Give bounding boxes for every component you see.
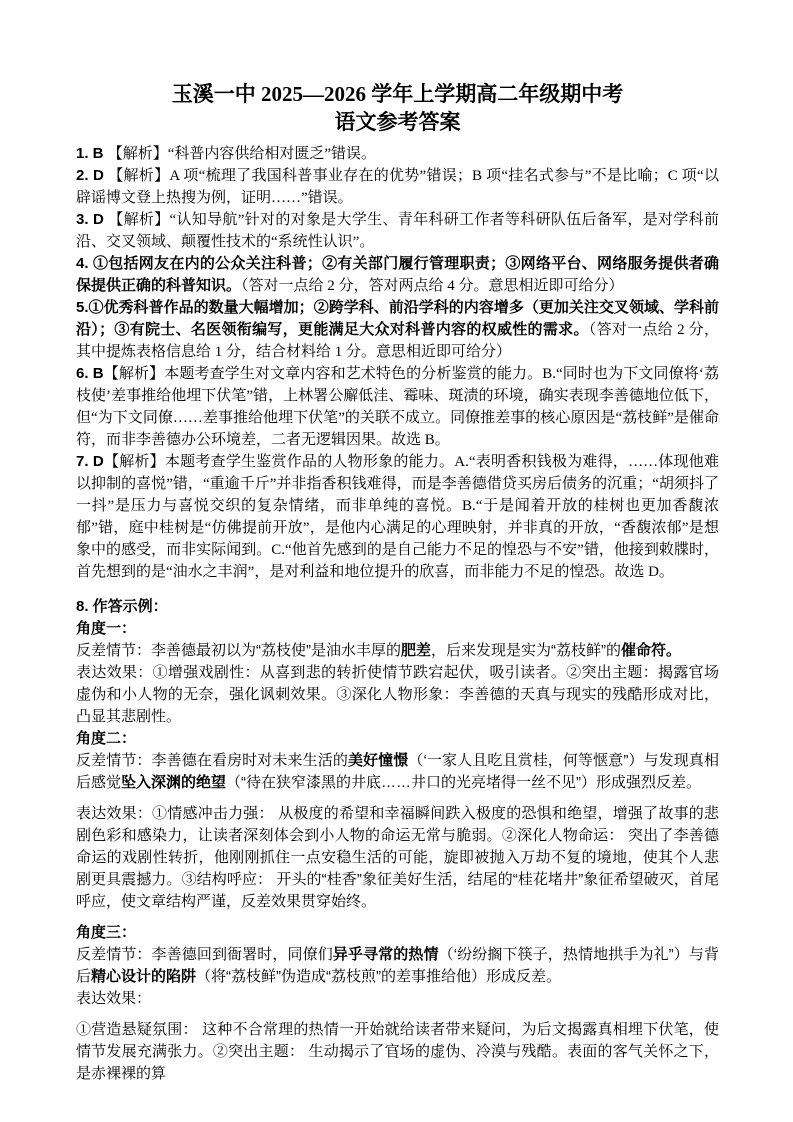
text-segment: 反差情节：李善德在看房时对未来生活的 bbox=[76, 752, 348, 769]
text-segment: 反差情节：李善德最初以为“荔枝使”是油水丰厚的 bbox=[76, 642, 401, 659]
text-segment: ，后来发现是实为“荔枝鲜”的 bbox=[431, 642, 621, 659]
emphasis-text: 角度一： bbox=[76, 620, 136, 637]
text-segment: （答对一点给 2 分，答对两点给 4 分。意思相近即可给分） bbox=[241, 278, 624, 294]
emphasis-text: 肥差 bbox=[401, 642, 431, 659]
paragraph: 6. B【解析】本题考查学生对文章内容和艺术特色的分析鉴赏的能力。B.“同时也为… bbox=[76, 363, 719, 451]
paragraph: 3. D 【解析】“认知导航”针对的对象是大学生、青年科研工作者等科研队伍后备军… bbox=[76, 209, 719, 253]
emphasis-text: 2. D bbox=[76, 167, 108, 184]
page-number: 1 bbox=[0, 1046, 793, 1062]
emphasis-text: 1. B bbox=[76, 145, 108, 162]
paragraph: 角度一： bbox=[76, 618, 719, 640]
text-segment: 表达效果：①增强戏剧性：从喜到悲的转折使情节跌宕起伏，吸引读者。②突出主题：揭露… bbox=[76, 664, 719, 725]
text-segment: 【解析】A 项“梳理了我国科普事业存在的优势”错误；B 项“挂名式参与”不是比喻… bbox=[76, 168, 719, 206]
emphasis-text: 6. B bbox=[76, 365, 104, 382]
paragraph: 8. 作答示例： bbox=[76, 596, 719, 618]
paragraph: 反差情节：李善德在看房时对未来生活的美好憧憬（‘一家人且吃且赏桂，何等惬意”）与… bbox=[76, 750, 719, 794]
emphasis-text: 美好憧憬 bbox=[348, 752, 408, 769]
paragraph: 4. ①包括网友在内的公众关注科普；②有关部门履行管理职责；③网络平台、网络服务… bbox=[76, 253, 719, 297]
emphasis-text: 3. D bbox=[76, 211, 108, 228]
document-page: 玉溪一中 2025—2026 学年上学期高二年级期中考 语文参考答案 1. B … bbox=[0, 0, 793, 1085]
answer-key-body: 1. B 【解析】“科普内容供给相对匮乏”错误。2. D 【解析】A 项“梳理了… bbox=[76, 143, 719, 1085]
text-segment: 【解析】本题考查学生鉴赏作品的人物形象的能力。A.“表明香积钱极为难得，……体现… bbox=[76, 454, 719, 580]
paragraph: 表达效果： bbox=[76, 988, 719, 1010]
paragraph: 角度二： bbox=[76, 728, 719, 750]
emphasis-text: 催命符。 bbox=[621, 642, 681, 659]
emphasis-text: 异乎寻常的热情 bbox=[333, 946, 439, 963]
emphasis-text: 8. 作答示例： bbox=[76, 598, 168, 615]
paragraph: 1. B 【解析】“科普内容供给相对匮乏”错误。 bbox=[76, 143, 719, 165]
emphasis-text: 坠入深渊的绝望 bbox=[121, 774, 226, 791]
text-segment: 【解析】“认知导航”针对的对象是大学生、青年科研工作者等科研队伍后备军，是对学科… bbox=[76, 212, 719, 250]
paragraph: 表达效果：①增强戏剧性：从喜到悲的转折使情节跌宕起伏，吸引读者。②突出主题：揭露… bbox=[76, 662, 719, 728]
text-segment: （“待在狭窄漆黑的井底……井口的光亮堵得一丝不见”）形成强烈反差。 bbox=[226, 774, 701, 791]
text-segment: （将“荔枝鲜”伪造成“荔枝煎”的差事推给他）形成反差。 bbox=[196, 968, 561, 985]
paragraph: 表达效果：①情感冲击力强： 从极度的希望和幸福瞬间跌入极度的恐惧和绝望，增强了故… bbox=[76, 803, 719, 913]
text-segment: 反差情节：李善德回到衙署时，同僚们 bbox=[76, 946, 333, 963]
paragraph: 2. D 【解析】A 项“梳理了我国科普事业存在的优势”错误；B 项“挂名式参与… bbox=[76, 165, 719, 209]
page-title-line2: 语文参考答案 bbox=[76, 108, 719, 136]
text-segment: 表达效果：①情感冲击力强： 从极度的希望和幸福瞬间跌入极度的恐惧和绝望，增强了故… bbox=[76, 805, 719, 910]
paragraph: 角度三： bbox=[76, 922, 719, 944]
text-segment: 表达效果： bbox=[76, 990, 151, 1007]
emphasis-text: 精心设计的陷阱 bbox=[91, 968, 196, 985]
emphasis-text: 角度三： bbox=[76, 924, 136, 941]
text-segment: 【解析】本题考查学生对文章内容和艺术特色的分析鉴赏的能力。B.“同时也为下文同僚… bbox=[76, 366, 719, 448]
paragraph: 反差情节：李善德最初以为“荔枝使”是油水丰厚的肥差，后来发现是实为“荔枝鲜”的催… bbox=[76, 640, 719, 662]
emphasis-text: 角度二： bbox=[76, 730, 136, 747]
emphasis-text: 7. D bbox=[76, 453, 104, 470]
paragraph: 5.①优秀科普作品的数量大幅增加；②跨学科、前沿学科的内容增多（更加关注交叉领域… bbox=[76, 297, 719, 363]
text-segment: 【解析】“科普内容供给相对匮乏”错误。 bbox=[108, 146, 376, 162]
page-title-line1: 玉溪一中 2025—2026 学年上学期高二年级期中考 bbox=[76, 80, 719, 108]
paragraph: 反差情节：李善德回到衙署时，同僚们异乎寻常的热情（‘纷纷搁下筷子，热情地拱手为礼… bbox=[76, 944, 719, 988]
paragraph: 7. D【解析】本题考查学生鉴赏作品的人物形象的能力。A.“表明香积钱极为难得，… bbox=[76, 451, 719, 583]
